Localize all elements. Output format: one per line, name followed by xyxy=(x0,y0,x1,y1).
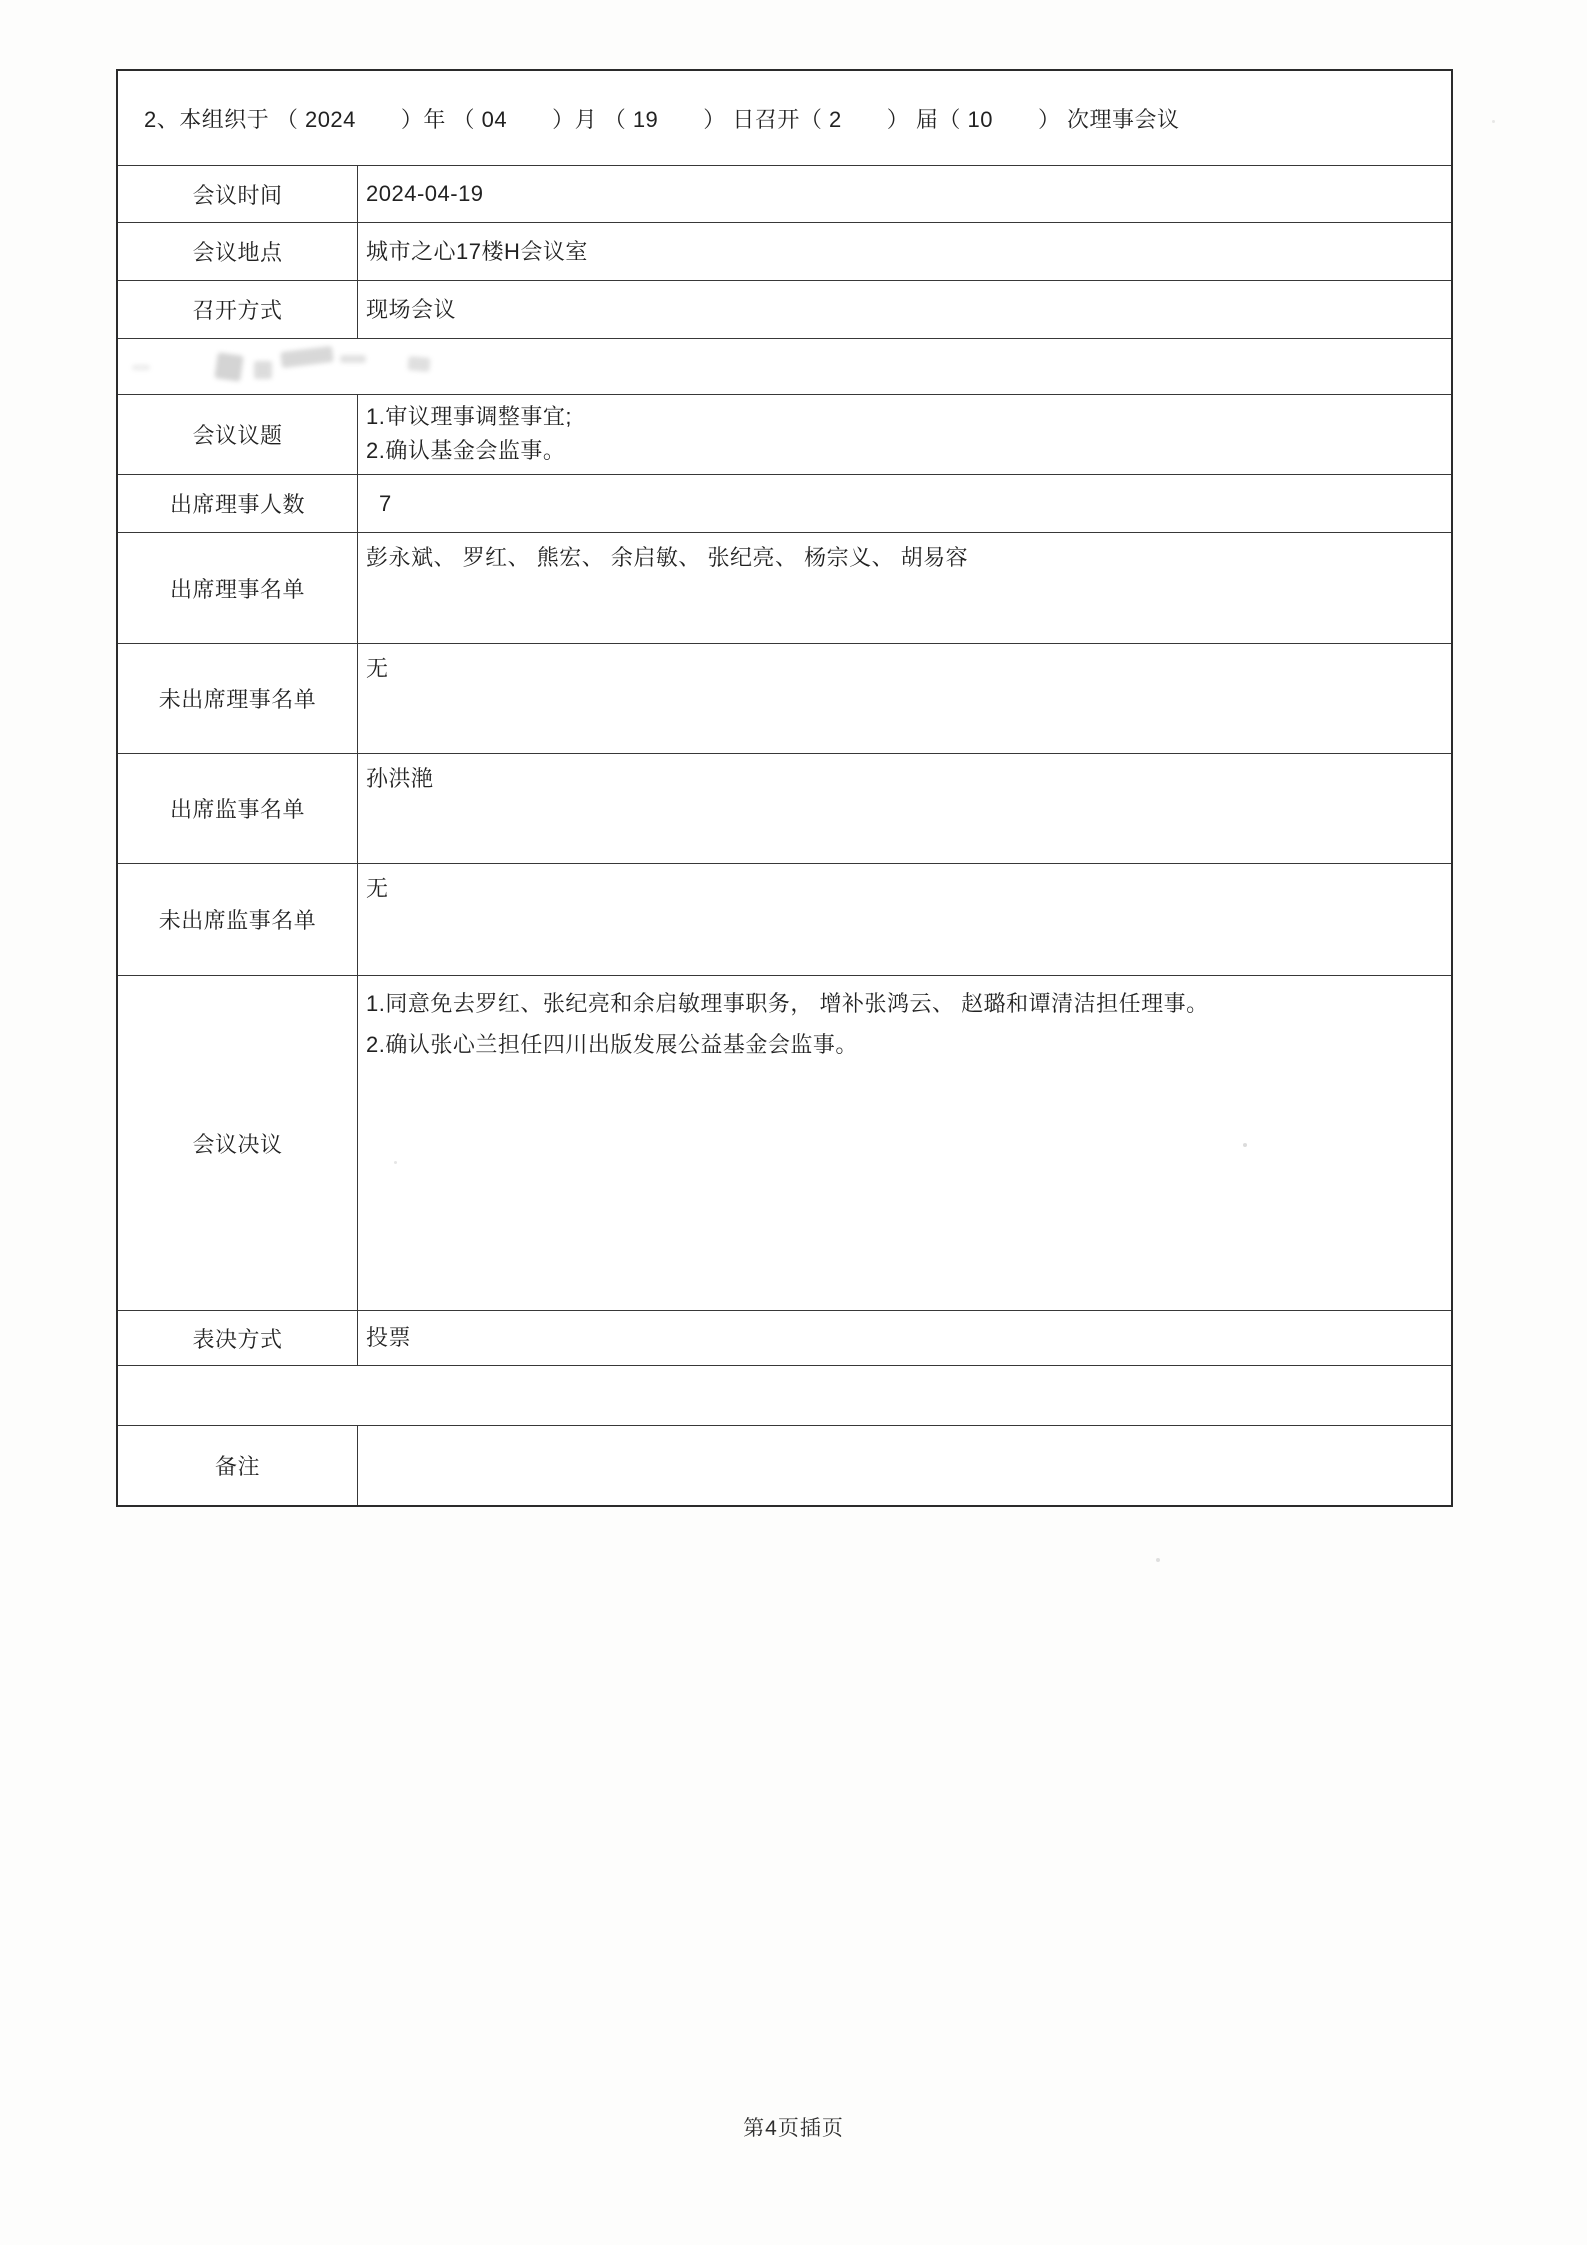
row-label: 会议时间 xyxy=(118,166,358,222)
table-row-supervisors-absent-list: 未出席监事名单 无 xyxy=(118,863,1451,975)
section-title: 2、本组织于 （ 2024 ）年 （ 04 ）月 （ 19 ） 日召开（ 2 ）… xyxy=(118,71,1451,165)
table-row-remarks: 备注 xyxy=(118,1425,1451,1505)
table-row-meeting-time: 会议时间 2024-04-19 xyxy=(118,165,1451,222)
erased-mark xyxy=(407,356,430,372)
row-value xyxy=(358,1426,1451,1505)
row-value: 投票 xyxy=(358,1311,1451,1365)
table-row-directors-present-list: 出席理事名单 彭永斌、 罗红、 熊宏、 余启敏、 张纪亮、 杨宗义、 胡易容 xyxy=(118,532,1451,643)
erased-mark xyxy=(132,365,150,370)
table-row-directors-absent-list: 未出席理事名单 无 xyxy=(118,643,1451,753)
scan-speck xyxy=(1243,1143,1247,1147)
row-label: 会议地点 xyxy=(118,223,358,280)
table-row-section-title: 2、本组织于 （ 2024 ）年 （ 04 ）月 （ 19 ） 日召开（ 2 ）… xyxy=(118,71,1451,165)
erased-mark xyxy=(254,361,272,379)
row-value: 7 xyxy=(358,475,1451,532)
row-value: 城市之心17楼H会议室 xyxy=(358,223,1451,280)
page-number-label: 第4页插页 xyxy=(0,2112,1587,2142)
table-row-meeting-resolutions: 会议决议 1.同意免去罗红、张纪亮和余启敏理事职务， 增补张鸿云、 赵璐和谭清洁… xyxy=(118,975,1451,1310)
table-row-voting-method: 表决方式 投票 xyxy=(118,1310,1451,1365)
table-row-supervisors-present-list: 出席监事名单 孙洪滟 xyxy=(118,753,1451,863)
table-row-blank-smudged xyxy=(118,338,1451,394)
table-row-meeting-topics: 会议议题 1.审议理事调整事宜; 2.确认基金会监事。 xyxy=(118,394,1451,474)
row-label: 出席理事名单 xyxy=(118,533,358,643)
row-value: 无 xyxy=(358,864,1451,975)
erased-mark xyxy=(214,352,243,381)
row-label: 出席监事名单 xyxy=(118,754,358,863)
row-value: 孙洪滟 xyxy=(358,754,1451,863)
table-row-directors-present-count: 出席理事人数 7 xyxy=(118,474,1451,532)
scan-speck xyxy=(1156,1558,1160,1562)
table-row-blank xyxy=(118,1365,1451,1425)
row-label: 未出席监事名单 xyxy=(118,864,358,975)
row-value: 无 xyxy=(358,644,1451,753)
row-value: 1.同意免去罗红、张纪亮和余启敏理事职务， 增补张鸿云、 赵璐和谭清洁担任理事。… xyxy=(358,976,1451,1310)
row-label: 未出席理事名单 xyxy=(118,644,358,753)
table-row-meeting-mode: 召开方式 现场会议 xyxy=(118,280,1451,338)
row-value: 2024-04-19 xyxy=(358,166,1451,222)
row-value: 1.审议理事调整事宜; 2.确认基金会监事。 xyxy=(358,395,1451,474)
table-row-meeting-place: 会议地点 城市之心17楼H会议室 xyxy=(118,222,1451,280)
row-label: 表决方式 xyxy=(118,1311,358,1365)
erased-mark xyxy=(340,355,366,363)
row-label: 召开方式 xyxy=(118,281,358,338)
row-label: 出席理事人数 xyxy=(118,475,358,532)
scanned-meeting-record-page: 2、本组织于 （ 2024 ）年 （ 04 ）月 （ 19 ） 日召开（ 2 ）… xyxy=(0,0,1587,2245)
scan-speck xyxy=(1492,120,1495,123)
row-label: 会议议题 xyxy=(118,395,358,474)
row-value: 彭永斌、 罗红、 熊宏、 余启敏、 张纪亮、 杨宗义、 胡易容 xyxy=(358,533,1451,643)
scan-speck xyxy=(394,1161,397,1164)
row-label: 备注 xyxy=(118,1426,358,1505)
meeting-record-table: 2、本组织于 （ 2024 ）年 （ 04 ）月 （ 19 ） 日召开（ 2 ）… xyxy=(116,69,1453,1507)
row-value: 现场会议 xyxy=(358,281,1451,338)
row-label: 会议决议 xyxy=(118,976,358,1310)
row-blank xyxy=(118,1366,1451,1425)
